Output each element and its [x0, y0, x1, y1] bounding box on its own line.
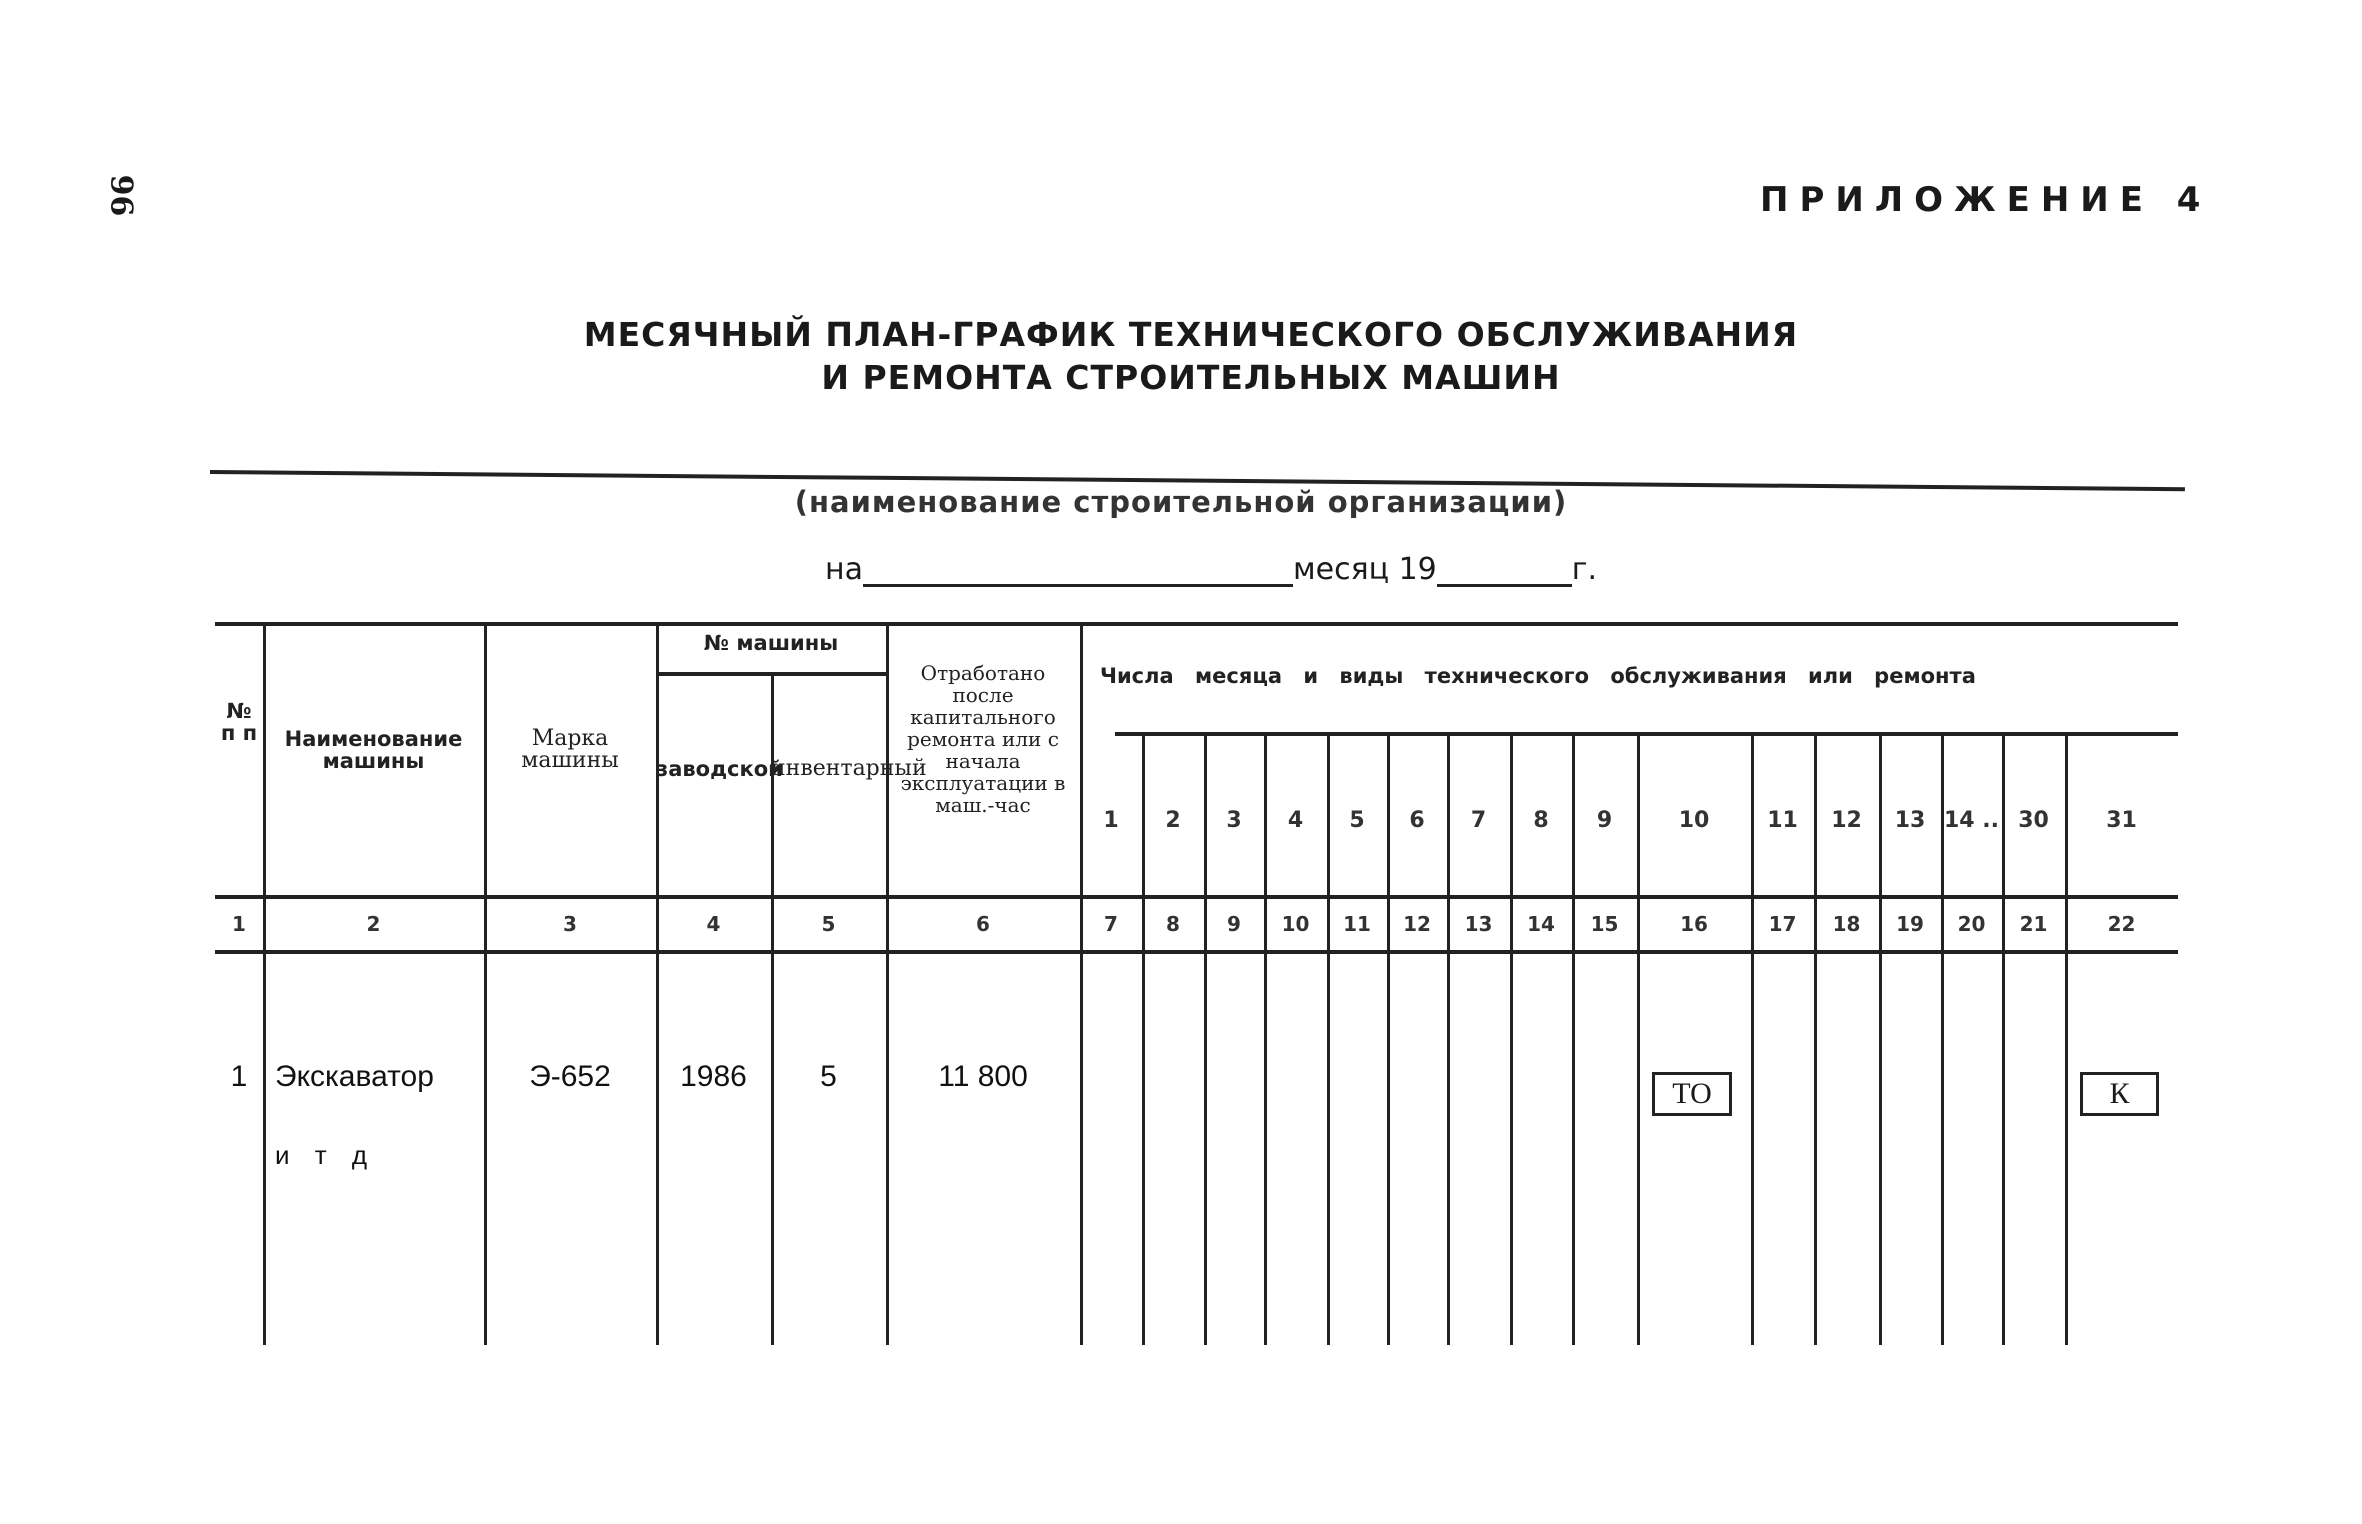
- year-field[interactable]: [1437, 558, 1572, 587]
- column-number-row-border: [215, 950, 2178, 954]
- continuation-note: и т д: [275, 1140, 367, 1171]
- hours-worked: 11 800: [886, 1060, 1080, 1094]
- day-header-10: 10: [1637, 808, 1751, 833]
- day-header-7: 7: [1447, 808, 1510, 833]
- period-prefix: на: [825, 552, 863, 587]
- machine-name: Экскаватор: [275, 1060, 434, 1094]
- period-line: намесяц 19г.: [825, 552, 1597, 587]
- column-number: 1: [215, 912, 263, 936]
- period-month-word: месяц 19: [1293, 552, 1437, 587]
- maintenance-mark-day-31[interactable]: К: [2080, 1072, 2159, 1116]
- day-header-11: 11: [1751, 808, 1814, 833]
- period-suffix: г.: [1572, 552, 1597, 587]
- header-row-number: № п п: [215, 700, 263, 750]
- organization-caption: (наименование строительной организации): [0, 485, 2362, 519]
- day-header-14: 14 ..: [1941, 808, 2002, 833]
- day-header-6: 6: [1387, 808, 1447, 833]
- column-number: 11: [1327, 912, 1387, 936]
- day-header-5: 5: [1327, 808, 1387, 833]
- page-number: 96: [103, 175, 138, 217]
- day-header-2: 2: [1142, 808, 1204, 833]
- row-number: 1: [215, 1060, 263, 1094]
- document-title-line-1: МЕСЯЧНЫЙ ПЛАН-ГРАФИК ТЕХНИЧЕСКОГО ОБСЛУЖ…: [0, 315, 2362, 354]
- column-number: 13: [1447, 912, 1510, 936]
- day-header-8: 8: [1510, 808, 1572, 833]
- column-divider: [656, 622, 659, 1345]
- maintenance-mark-day-10[interactable]: ТО: [1652, 1072, 1732, 1116]
- days-group-line: [1115, 732, 2178, 736]
- column-number: 5: [771, 912, 886, 936]
- header-hours-worked: Отработано после капитального ремонта ил…: [892, 662, 1074, 862]
- header-inventory-number: инвентарный: [771, 758, 886, 808]
- column-number: 9: [1204, 912, 1264, 936]
- day-header-31: 31: [2065, 808, 2178, 833]
- column-number: 10: [1264, 912, 1327, 936]
- column-number: 12: [1387, 912, 1447, 936]
- table-top-border: [215, 622, 2178, 626]
- day-header-4: 4: [1264, 808, 1327, 833]
- column-number: 7: [1080, 912, 1142, 936]
- column-number: 14: [1510, 912, 1572, 936]
- day-header-3: 3: [1204, 808, 1264, 833]
- column-number: 8: [1142, 912, 1204, 936]
- factory-number: 1986: [656, 1060, 771, 1094]
- column-number: 19: [1879, 912, 1941, 936]
- header-factory-number: заводской: [656, 758, 771, 808]
- month-field[interactable]: [863, 558, 1293, 587]
- column-number: 21: [2002, 912, 2065, 936]
- header-machine-brand: Марка машины: [484, 728, 656, 778]
- column-number: 4: [656, 912, 771, 936]
- day-header-1: 1: [1080, 808, 1142, 833]
- day-header-13: 13: [1879, 808, 1941, 833]
- column-number: 2: [263, 912, 484, 936]
- day-header-9: 9: [1572, 808, 1637, 833]
- column-number: 6: [886, 912, 1080, 936]
- column-number: 3: [484, 912, 656, 936]
- column-number: 20: [1941, 912, 2002, 936]
- document-title-line-2: И РЕМОНТА СТРОИТЕЛЬНЫХ МАШИН: [0, 358, 2362, 397]
- header-machine-name: Наименование машины: [263, 728, 484, 778]
- header-bottom-border: [215, 895, 2178, 899]
- machine-brand: Э-652: [484, 1060, 656, 1094]
- column-divider: [1080, 622, 1083, 1345]
- column-number: 18: [1814, 912, 1879, 936]
- inventory-number: 5: [771, 1060, 886, 1094]
- header-days-group: Числа месяца и виды технического обслужи…: [1100, 665, 2178, 695]
- day-header-30: 30: [2002, 808, 2065, 833]
- header-machine-number-group: № машины: [656, 632, 886, 662]
- column-number: 22: [2065, 912, 2178, 936]
- column-divider: [886, 622, 889, 1345]
- column-number: 17: [1751, 912, 1814, 936]
- column-number: 16: [1637, 912, 1751, 936]
- column-number: 15: [1572, 912, 1637, 936]
- day-header-12: 12: [1814, 808, 1879, 833]
- appendix-label: ПРИЛОЖЕНИЕ 4: [1760, 180, 2211, 220]
